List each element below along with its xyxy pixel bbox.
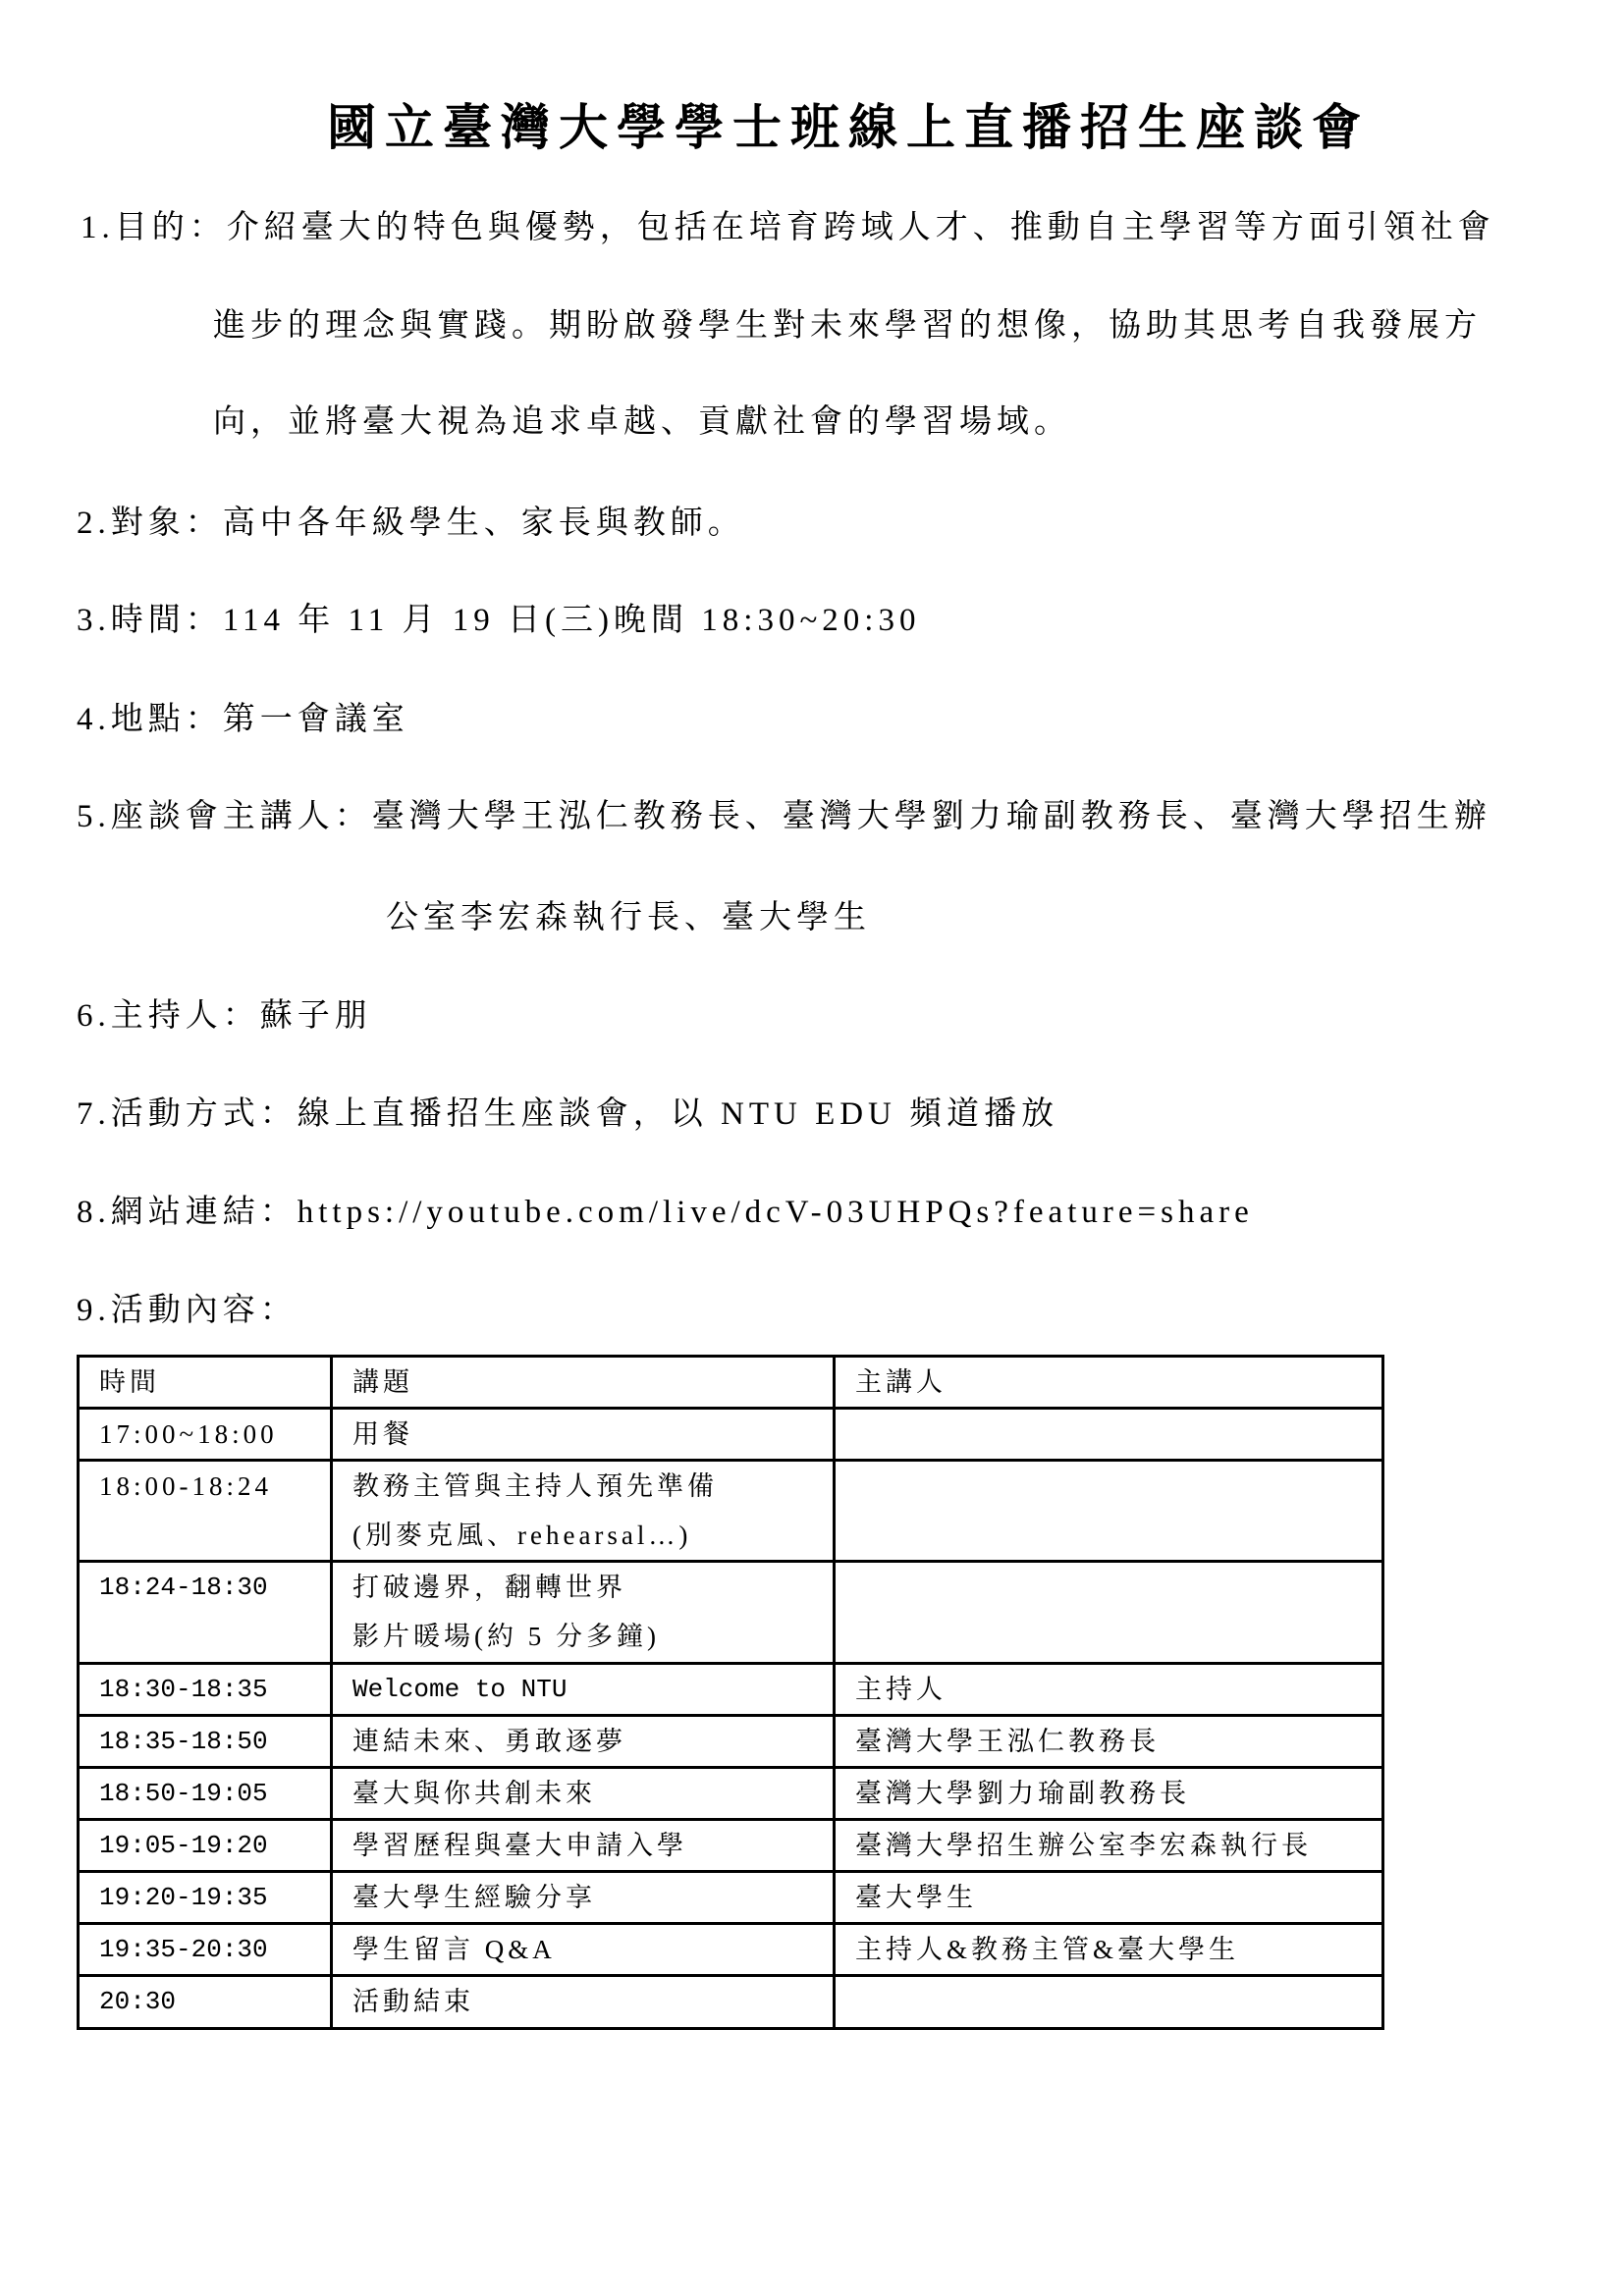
cell-speaker [835,1461,1383,1562]
item-time: 3.時間：114 年 11 月 19 日(三)晚間 18:30~20:30 [77,601,920,640]
table-header-row: 時間 講題 主講人 [79,1357,1383,1409]
table-row: 19:20-19:35 臺大學生經驗分享 臺大學生 [79,1872,1383,1924]
item-format: 7.活動方式：線上直播招生座談會，以 NTU EDU 頻道播放 [77,1095,1058,1134]
cell-topic: 學習歷程與臺大申請入學 [332,1820,835,1872]
item-speakers-line-1: 5.座談會主講人：臺灣大學王泓仁教務長、臺灣大學劉力瑜副教務長、臺灣大學招生辦 [77,797,1491,836]
table-row: 18:35-18:50 連結未來、勇敢逐夢 臺灣大學王泓仁教務長 [79,1716,1383,1768]
item-agenda-heading: 9.活動內容： [77,1291,298,1330]
item-purpose-line-2: 進步的理念與實踐。期盼啟發學生對未來學習的想像，協助其思考自我發展方 [213,306,1482,346]
header-time: 時間 [79,1357,332,1409]
cell-speaker: 主持人&教務主管&臺大學生 [835,1924,1383,1976]
cell-speaker: 臺大學生 [835,1872,1383,1924]
cell-topic: 打破邊界，翻轉世界 影片暖場(約 5 分多鐘) [332,1562,835,1664]
table-row: 20:30 活動結束 [79,1976,1383,2029]
cell-time: 19:20-19:35 [79,1872,332,1924]
cell-speaker [835,1409,1383,1461]
cell-topic: 學生留言 Q&A [332,1924,835,1976]
cell-speaker [835,1562,1383,1664]
schedule-table: 時間 講題 主講人 17:00~18:00 用餐 18:00-18:24 教務主… [77,1355,1384,2030]
table-row: 17:00~18:00 用餐 [79,1409,1383,1461]
cell-time: 18:35-18:50 [79,1716,332,1768]
cell-topic-line: (別麥克風、rehearsal…) [352,1511,833,1560]
table-row: 18:30-18:35 Welcome to NTU 主持人 [79,1664,1383,1716]
cell-time: 19:35-20:30 [79,1924,332,1976]
item-purpose-line-1: 1.目的：介紹臺大的特色與優勢，包括在培育跨域人才、推動自主學習等方面引領社會 [81,208,1495,247]
cell-topic: 用餐 [332,1409,835,1461]
table-row: 19:35-20:30 學生留言 Q&A 主持人&教務主管&臺大學生 [79,1924,1383,1976]
table-row: 19:05-19:20 學習歷程與臺大申請入學 臺灣大學招生辦公室李宏森執行長 [79,1820,1383,1872]
cell-speaker [835,1976,1383,2029]
table-row: 18:50-19:05 臺大與你共創未來 臺灣大學劉力瑜副教務長 [79,1768,1383,1820]
cell-topic-line: 打破邊界，翻轉世界 [352,1563,833,1612]
item-location: 4.地點：第一會議室 [77,700,409,739]
cell-topic: 臺大學生經驗分享 [332,1872,835,1924]
item-speakers-line-2: 公室李宏森執行長、臺大學生 [386,898,871,937]
header-topic: 講題 [332,1357,835,1409]
item-purpose-line-3: 向，並將臺大視為追求卓越、貢獻社會的學習場域。 [213,402,1071,442]
cell-speaker: 主持人 [835,1664,1383,1716]
cell-time: 19:05-19:20 [79,1820,332,1872]
cell-time: 20:30 [79,1976,332,2029]
header-speaker: 主講人 [835,1357,1383,1409]
cell-time: 18:00-18:24 [79,1461,332,1562]
cell-speaker: 臺灣大學招生辦公室李宏森執行長 [835,1820,1383,1872]
cell-time: 18:24-18:30 [79,1562,332,1664]
item-host: 6.主持人：蘇子朋 [77,996,372,1036]
cell-topic-line: 教務主管與主持人預先準備 [352,1462,833,1511]
cell-topic-line: 影片暖場(約 5 分多鐘) [352,1612,833,1661]
cell-topic: 教務主管與主持人預先準備 (別麥克風、rehearsal…) [332,1461,835,1562]
cell-topic: 連結未來、勇敢逐夢 [332,1716,835,1768]
document-title: 國立臺灣大學學士班線上直播招生座談會 [327,98,1319,157]
cell-topic: 臺大與你共創未來 [332,1768,835,1820]
cell-time: 18:50-19:05 [79,1768,332,1820]
cell-topic: Welcome to NTU [332,1664,835,1716]
cell-topic: 活動結束 [332,1976,835,2029]
cell-time: 17:00~18:00 [79,1409,332,1461]
cell-speaker: 臺灣大學王泓仁教務長 [835,1716,1383,1768]
cell-time: 18:30-18:35 [79,1664,332,1716]
cell-speaker: 臺灣大學劉力瑜副教務長 [835,1768,1383,1820]
item-audience: 2.對象：高中各年級學生、家長與教師。 [77,504,745,543]
table-row: 18:24-18:30 打破邊界，翻轉世界 影片暖場(約 5 分多鐘) [79,1562,1383,1664]
item-website-link[interactable]: 8.網站連結：https://youtube.com/live/dcV-03UH… [77,1193,1254,1232]
table-row: 18:00-18:24 教務主管與主持人預先準備 (別麥克風、rehearsal… [79,1461,1383,1562]
